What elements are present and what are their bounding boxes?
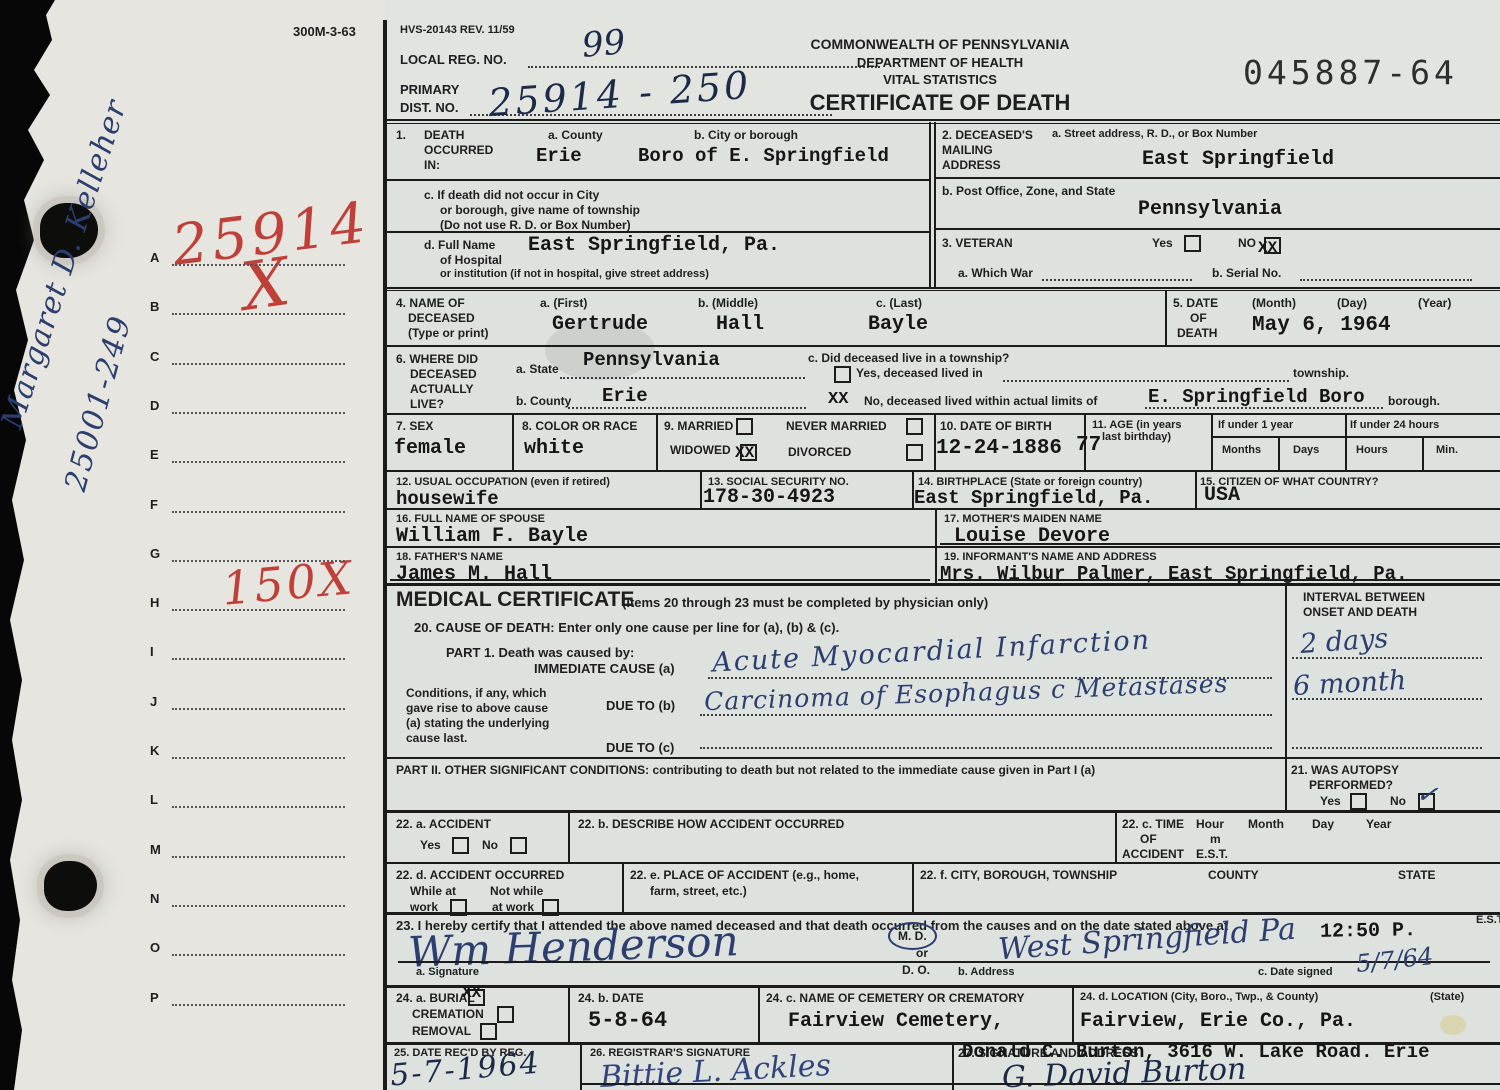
s18-label: 18. FATHER'S NAME xyxy=(396,551,503,563)
department-line: DEPARTMENT OF HEALTH xyxy=(790,55,1090,70)
s6-label: ACTUALLY xyxy=(410,382,474,396)
removal-checkbox xyxy=(480,1023,497,1040)
s6b-label: b. County xyxy=(516,394,571,408)
rule xyxy=(1345,415,1347,470)
s2-label: MAILING xyxy=(942,143,993,157)
s1d-label: or institution (if not in hospital, give… xyxy=(440,268,709,280)
margin-index-letter: P xyxy=(150,990,159,1005)
s23-time-typed: 12:50 P. xyxy=(1320,919,1416,944)
rule xyxy=(387,862,1500,864)
s22e-label: 22. e. PLACE OF ACCIDENT (e.g., home, xyxy=(630,868,859,882)
margin-index-line xyxy=(172,658,345,660)
s9-never-label: NEVER MARRIED xyxy=(786,419,887,433)
rule xyxy=(387,179,929,181)
s20-label: 20. CAUSE OF DEATH: Enter only one cause… xyxy=(414,620,839,635)
s9-married-label: 9. MARRIED xyxy=(664,419,733,433)
rule xyxy=(387,810,1500,813)
rule xyxy=(387,508,1500,510)
margin-index-line xyxy=(172,560,345,562)
s4-label: (Type or print) xyxy=(408,326,488,340)
margin-index-letter: H xyxy=(150,595,159,610)
margin-index-line xyxy=(172,708,345,710)
leader-line xyxy=(1292,698,1482,700)
s24b-value: 5-8-64 xyxy=(588,1008,667,1033)
s16-label: 16. FULL NAME OF SPOUSE xyxy=(396,513,545,525)
never-married-checkbox xyxy=(906,418,923,435)
s22b-label: 22. b. DESCRIBE HOW ACCIDENT OCCURRED xyxy=(578,817,844,831)
rule xyxy=(387,413,1500,415)
s5-label: 5. DATE xyxy=(1173,296,1218,310)
rule xyxy=(1115,812,1117,862)
s6-no-value: E. Springfield Boro xyxy=(1148,386,1365,408)
death-certificate-scan: 300M-3-63 Margaret D. Kelleher 25001-249… xyxy=(0,0,1500,1090)
s3-no-label: NO xyxy=(1238,236,1256,250)
s19-label: 19. INFORMANT'S NAME AND ADDRESS xyxy=(944,551,1157,563)
punch-hole xyxy=(44,861,97,911)
margin-index-line xyxy=(172,363,345,365)
s6-label: 6. WHERE DID xyxy=(396,352,478,366)
immediate-cause-label: IMMEDIATE CAUSE (a) xyxy=(534,661,675,676)
margin-index-letter: F xyxy=(150,497,158,512)
s1b-value: Boro of E. Springfield xyxy=(638,145,889,167)
s16-value: William F. Bayle xyxy=(396,525,588,548)
rule xyxy=(1072,987,1074,1042)
s22c-m-label: m xyxy=(1210,832,1221,846)
s3b-label: b. Serial No. xyxy=(1212,266,1281,280)
s24c-label: 24. c. NAME OF CEMETERY OR CREMATORY xyxy=(766,991,1024,1005)
leader-line xyxy=(700,714,1272,716)
rule xyxy=(390,579,930,581)
s6-no-mark: XX xyxy=(828,390,848,409)
margin-index-line xyxy=(172,757,345,759)
s4a-label: a. (First) xyxy=(540,296,587,310)
accident-yes-checkbox xyxy=(452,837,469,854)
s1a-label: a. County xyxy=(548,128,603,142)
s6-label: DECEASED xyxy=(410,367,477,381)
s4b-label: b. (Middle) xyxy=(698,296,758,310)
s22a-label: 22. a. ACCIDENT xyxy=(396,817,491,831)
s5-year-label: (Year) xyxy=(1418,296,1451,310)
s24-removal-label: REMOVAL xyxy=(412,1024,471,1038)
leader-line xyxy=(1300,279,1472,281)
s6-label: LIVE? xyxy=(410,397,444,411)
s24d-state-label: (State) xyxy=(1430,991,1464,1003)
rule xyxy=(387,231,929,233)
township-yes-checkbox xyxy=(834,366,851,383)
conditions-label: Conditions, if any, which xyxy=(406,686,546,700)
due-to-b-label: DUE TO (b) xyxy=(606,698,675,713)
margin-index-letter: A xyxy=(150,250,159,265)
leader-line xyxy=(568,407,806,409)
s22c-label: 22. c. TIME xyxy=(1122,817,1184,831)
margin-index-letter: J xyxy=(150,694,157,709)
s1-label: DEATH xyxy=(424,128,464,142)
paper-stain xyxy=(1440,1015,1466,1035)
margin-index-line xyxy=(172,412,345,414)
s15-value: USA xyxy=(1204,484,1240,507)
s10-value: 12-24-1886 xyxy=(936,437,1062,460)
s11-min-label: Min. xyxy=(1436,444,1458,456)
s23-or-label: or xyxy=(916,946,928,960)
margin-index-letter: E xyxy=(150,447,159,462)
interval-a-handwriting: 2 days xyxy=(1299,623,1389,660)
married-checkbox xyxy=(736,418,753,435)
autopsy-yes-checkbox xyxy=(1350,793,1367,810)
s22c-label: ACCIDENT xyxy=(1122,847,1184,861)
interval-b-handwriting: 6 month xyxy=(1292,665,1407,702)
s22d-label: 22. d. ACCIDENT OCCURRED xyxy=(396,868,564,882)
local-reg-label: LOCAL REG. NO. xyxy=(400,52,507,67)
rule xyxy=(398,961,1490,963)
divorced-checkbox xyxy=(906,444,923,461)
rule xyxy=(387,985,1500,988)
s14-value: East Springfield, Pa. xyxy=(914,487,1153,509)
veteran-yes-checkbox xyxy=(1184,235,1201,252)
s7-label: 7. SEX xyxy=(396,419,433,433)
leader-line xyxy=(1042,279,1192,281)
part2-text: PART II. OTHER SIGNIFICANT CONDITIONS: c… xyxy=(396,763,1095,777)
s5-month-label: (Month) xyxy=(1252,296,1296,310)
s5-label: DEATH xyxy=(1177,326,1217,340)
leader-line xyxy=(1003,380,1289,382)
rule xyxy=(387,912,1500,915)
s22c-year-label: Year xyxy=(1366,817,1391,831)
form-code: HVS-20143 REV. 11/59 xyxy=(400,24,515,36)
s6-township-label: township. xyxy=(1293,366,1349,380)
leader-line xyxy=(1292,747,1482,749)
s22c-label: OF xyxy=(1140,832,1157,846)
s8-label: 8. COLOR OR RACE xyxy=(522,419,637,433)
s2-label: ADDRESS xyxy=(942,158,1001,172)
margin-index-letter: I xyxy=(150,644,154,659)
interval-label: INTERVAL BETWEEN xyxy=(1303,590,1425,604)
s2b-label: b. Post Office, Zone, and State xyxy=(942,184,1115,198)
s22d-notwhile-label: Not while xyxy=(490,884,543,898)
margin-index-letter: C xyxy=(150,349,159,364)
s23-md-label: M. D. xyxy=(898,929,927,943)
s6a-value: Pennsylvania xyxy=(583,349,720,371)
leader-line xyxy=(1145,407,1383,409)
s3a-label: a. Which War xyxy=(958,266,1033,280)
s3-yes-label: Yes xyxy=(1152,236,1173,250)
s22c-month-label: Month xyxy=(1248,817,1284,831)
s11-months-label: Months xyxy=(1222,444,1261,456)
s1d-label: d. Full Name xyxy=(424,238,495,252)
margin-index-letter: N xyxy=(150,891,159,906)
rule xyxy=(656,415,658,470)
margin-index-letter: D xyxy=(150,398,159,413)
rule xyxy=(936,228,1500,230)
margin-index-line xyxy=(172,806,345,808)
s4b-value: Hall xyxy=(716,313,764,336)
rule xyxy=(1211,415,1213,470)
s4a-value: Gertrude xyxy=(552,313,648,336)
dist-no-label: DIST. NO. xyxy=(400,100,459,115)
s21-no-label: No xyxy=(1390,794,1406,808)
s11-label: 11. AGE (in years xyxy=(1092,419,1181,431)
s1-label: OCCURRED xyxy=(424,143,493,157)
s6b-value: Erie xyxy=(602,385,648,407)
s23-signature-label: a. Signature xyxy=(416,966,479,978)
s22f-state-label: STATE xyxy=(1398,868,1436,882)
rule xyxy=(700,472,702,508)
conditions-label: cause last. xyxy=(406,731,467,745)
s23-est-label: E.S.T. xyxy=(1476,914,1500,926)
s6c-label: c. Did deceased live in a township? xyxy=(808,351,1009,365)
s24-cremation-label: CREMATION xyxy=(412,1007,484,1021)
rule xyxy=(387,546,1500,548)
rule xyxy=(1278,437,1280,470)
margin-index-letter: B xyxy=(150,299,159,314)
s24d-label: 24. d. LOCATION (City, Boro., Twp., & Co… xyxy=(1080,991,1318,1003)
commonwealth-line: COMMONWEALTH OF PENNSYLVANIA xyxy=(790,36,1090,52)
s12-value: housewife xyxy=(396,488,499,510)
leader-line xyxy=(1292,657,1482,659)
s3-no-mark: XX xyxy=(1258,239,1277,257)
rule xyxy=(568,812,570,862)
margin-index-letter: L xyxy=(150,792,158,807)
s6-yes-text: Yes, deceased lived in xyxy=(856,366,983,380)
rule xyxy=(1195,472,1197,508)
rule xyxy=(934,122,936,287)
rule xyxy=(1211,436,1500,438)
s23-date-label: c. Date signed xyxy=(1258,966,1333,978)
s22a-no-label: No xyxy=(482,838,498,852)
s21-label: PERFORMED? xyxy=(1309,778,1393,792)
cremation-checkbox xyxy=(497,1006,514,1023)
margin-index-line xyxy=(172,856,345,858)
margin-index-line xyxy=(172,1004,345,1006)
s22a-yes-label: Yes xyxy=(420,838,441,852)
rule xyxy=(568,987,570,1042)
file-number-stamp: 045887-64 xyxy=(1243,53,1458,92)
accident-no-checkbox xyxy=(510,837,527,854)
s8-value: white xyxy=(524,437,584,460)
s9-widowed-mark: XX xyxy=(735,444,754,462)
margin-handwritten-number: 25001-249 xyxy=(58,311,139,495)
s22d-while-label: While at xyxy=(410,884,456,898)
s23-do-label: D. O. xyxy=(902,963,930,977)
rule xyxy=(940,543,1500,545)
margin-index-line xyxy=(172,954,345,956)
s11-value: 77 xyxy=(1076,434,1101,457)
conditions-label: gave rise to above cause xyxy=(406,701,548,715)
leader-line xyxy=(700,747,1272,749)
margin-index-letter: G xyxy=(150,546,160,561)
rule xyxy=(1165,291,1167,345)
s22f-label: 22. f. CITY, BOROUGH, TOWNSHIP xyxy=(920,868,1117,882)
s2b-value: Pennsylvania xyxy=(1138,198,1282,221)
s22e-label: farm, street, etc.) xyxy=(650,884,747,898)
interval-label: ONSET AND DEATH xyxy=(1303,605,1417,619)
s10-label: 10. DATE OF BIRTH xyxy=(940,419,1052,433)
s24-burial-mark: XX xyxy=(462,984,481,1002)
rule xyxy=(1422,437,1424,470)
rule xyxy=(580,1083,1500,1085)
rule xyxy=(387,583,1500,586)
s21-label: 21. WAS AUTOPSY xyxy=(1291,763,1399,777)
primary-label: PRIMARY xyxy=(400,82,459,97)
vital-statistics-line: VITAL STATISTICS xyxy=(790,72,1090,87)
margin-index-line xyxy=(172,511,345,513)
s7-value: female xyxy=(394,437,466,460)
rule xyxy=(387,757,1500,759)
rule xyxy=(938,579,1500,581)
rule xyxy=(387,119,1500,121)
s6-no-text: No, deceased lived within actual limits … xyxy=(864,394,1097,408)
s22f-county-label: COUNTY xyxy=(1208,868,1259,882)
s11-label: last birthday) xyxy=(1102,431,1171,443)
s22c-day-label: Day xyxy=(1312,817,1334,831)
s9-widowed-label: WIDOWED xyxy=(670,443,731,457)
due-to-c-label: DUE TO (c) xyxy=(606,740,674,755)
rule xyxy=(512,415,514,470)
s4c-value: Bayle xyxy=(868,313,928,336)
s24d-value: Fairview, Erie Co., Pa. xyxy=(1080,1010,1356,1033)
s1d-label: of Hospital xyxy=(440,253,502,267)
rule xyxy=(936,177,1500,179)
margin-index-letter: K xyxy=(150,743,159,758)
certificate-title: CERTIFICATE OF DEATH xyxy=(790,90,1090,116)
s3-label: 3. VETERAN xyxy=(942,236,1013,250)
s5-label: OF xyxy=(1190,311,1207,325)
s1c-label: c. If death did not occur in City xyxy=(424,188,599,202)
s2a-value: East Springfield xyxy=(1142,148,1334,171)
s6-borough-label: borough. xyxy=(1388,394,1440,408)
s17-label: 17. MOTHER'S MAIDEN NAME xyxy=(944,513,1102,525)
s19-value: Mrs. Wilbur Palmer, East Springfield, Pa… xyxy=(940,563,1407,585)
s21-yes-label: Yes xyxy=(1320,794,1341,808)
rule xyxy=(387,345,1500,347)
margin-index-line xyxy=(172,905,345,907)
s11-under24h-label: If under 24 hours xyxy=(1350,419,1439,431)
s4-label: 4. NAME OF xyxy=(396,296,465,310)
s5-day-label: (Day) xyxy=(1337,296,1367,310)
margin-index-line xyxy=(172,461,345,463)
s1c-label: (Do not use R. D. or Box Number) xyxy=(440,218,631,232)
rule xyxy=(929,122,931,287)
s22c-est-label: E.S.T. xyxy=(1196,847,1228,861)
s4-label: DECEASED xyxy=(408,311,475,325)
s2a-label: a. Street address, R. D., or Box Number xyxy=(1052,128,1257,140)
s11-days-label: Days xyxy=(1293,444,1319,456)
rule xyxy=(622,864,624,912)
margin-index-line xyxy=(172,264,345,266)
medical-certificate-subtitle: (Items 20 through 23 must be completed b… xyxy=(622,595,988,610)
s13-value: 178-30-4923 xyxy=(703,486,835,509)
margin-index-letter: M xyxy=(150,842,161,857)
s11-under1yr-label: If under 1 year xyxy=(1218,419,1293,431)
rule xyxy=(387,290,1500,291)
margin-index-letter: O xyxy=(150,940,160,955)
s24b-label: 24. b. DATE xyxy=(578,991,644,1005)
leader-line xyxy=(560,377,805,379)
local-reg-value: 99 xyxy=(580,22,627,66)
s22c-hour-label: Hour xyxy=(1196,817,1224,831)
rule xyxy=(387,470,1500,472)
conditions-label: (a) stating the underlying xyxy=(406,716,549,730)
s6a-label: a. State xyxy=(516,362,559,376)
s1a-value: Erie xyxy=(536,145,582,167)
s1-number: 1. xyxy=(396,128,406,142)
s24c-value: Fairview Cemetery, xyxy=(788,1010,1004,1033)
s17-value: Louise Devore xyxy=(954,525,1110,548)
rule xyxy=(758,987,760,1042)
s5-value: May 6, 1964 xyxy=(1252,314,1391,337)
torn-scan-edge xyxy=(0,0,55,1090)
print-code: 300M-3-63 xyxy=(293,24,356,39)
s4c-label: c. (Last) xyxy=(876,296,922,310)
s2-label: 2. DECEASED'S xyxy=(942,128,1033,142)
s1c-label: or borough, give name of township xyxy=(440,203,640,217)
s23-address-label: b. Address xyxy=(958,966,1014,978)
md-circle: M. D. xyxy=(888,922,937,950)
s1-label: IN: xyxy=(424,158,440,172)
part1-label: PART 1. Death was caused by: xyxy=(446,645,634,660)
margin-index-line xyxy=(172,313,345,315)
autopsy-no-mark: ✓ xyxy=(1414,779,1440,812)
rule xyxy=(912,864,914,912)
s9-divorced-label: DIVORCED xyxy=(788,445,851,459)
margin-index-line xyxy=(172,609,345,611)
s11-hours-label: Hours xyxy=(1356,444,1388,456)
rule xyxy=(1285,586,1287,810)
rule xyxy=(387,123,1500,124)
s1b-label: b. City or borough xyxy=(694,128,798,142)
rule xyxy=(387,287,1500,289)
s12-label: 12. USUAL OCCUPATION (even if retired) xyxy=(396,476,610,488)
s1d-value: East Springfield, Pa. xyxy=(528,234,780,257)
medical-certificate-title: MEDICAL CERTIFICATE xyxy=(396,588,634,612)
